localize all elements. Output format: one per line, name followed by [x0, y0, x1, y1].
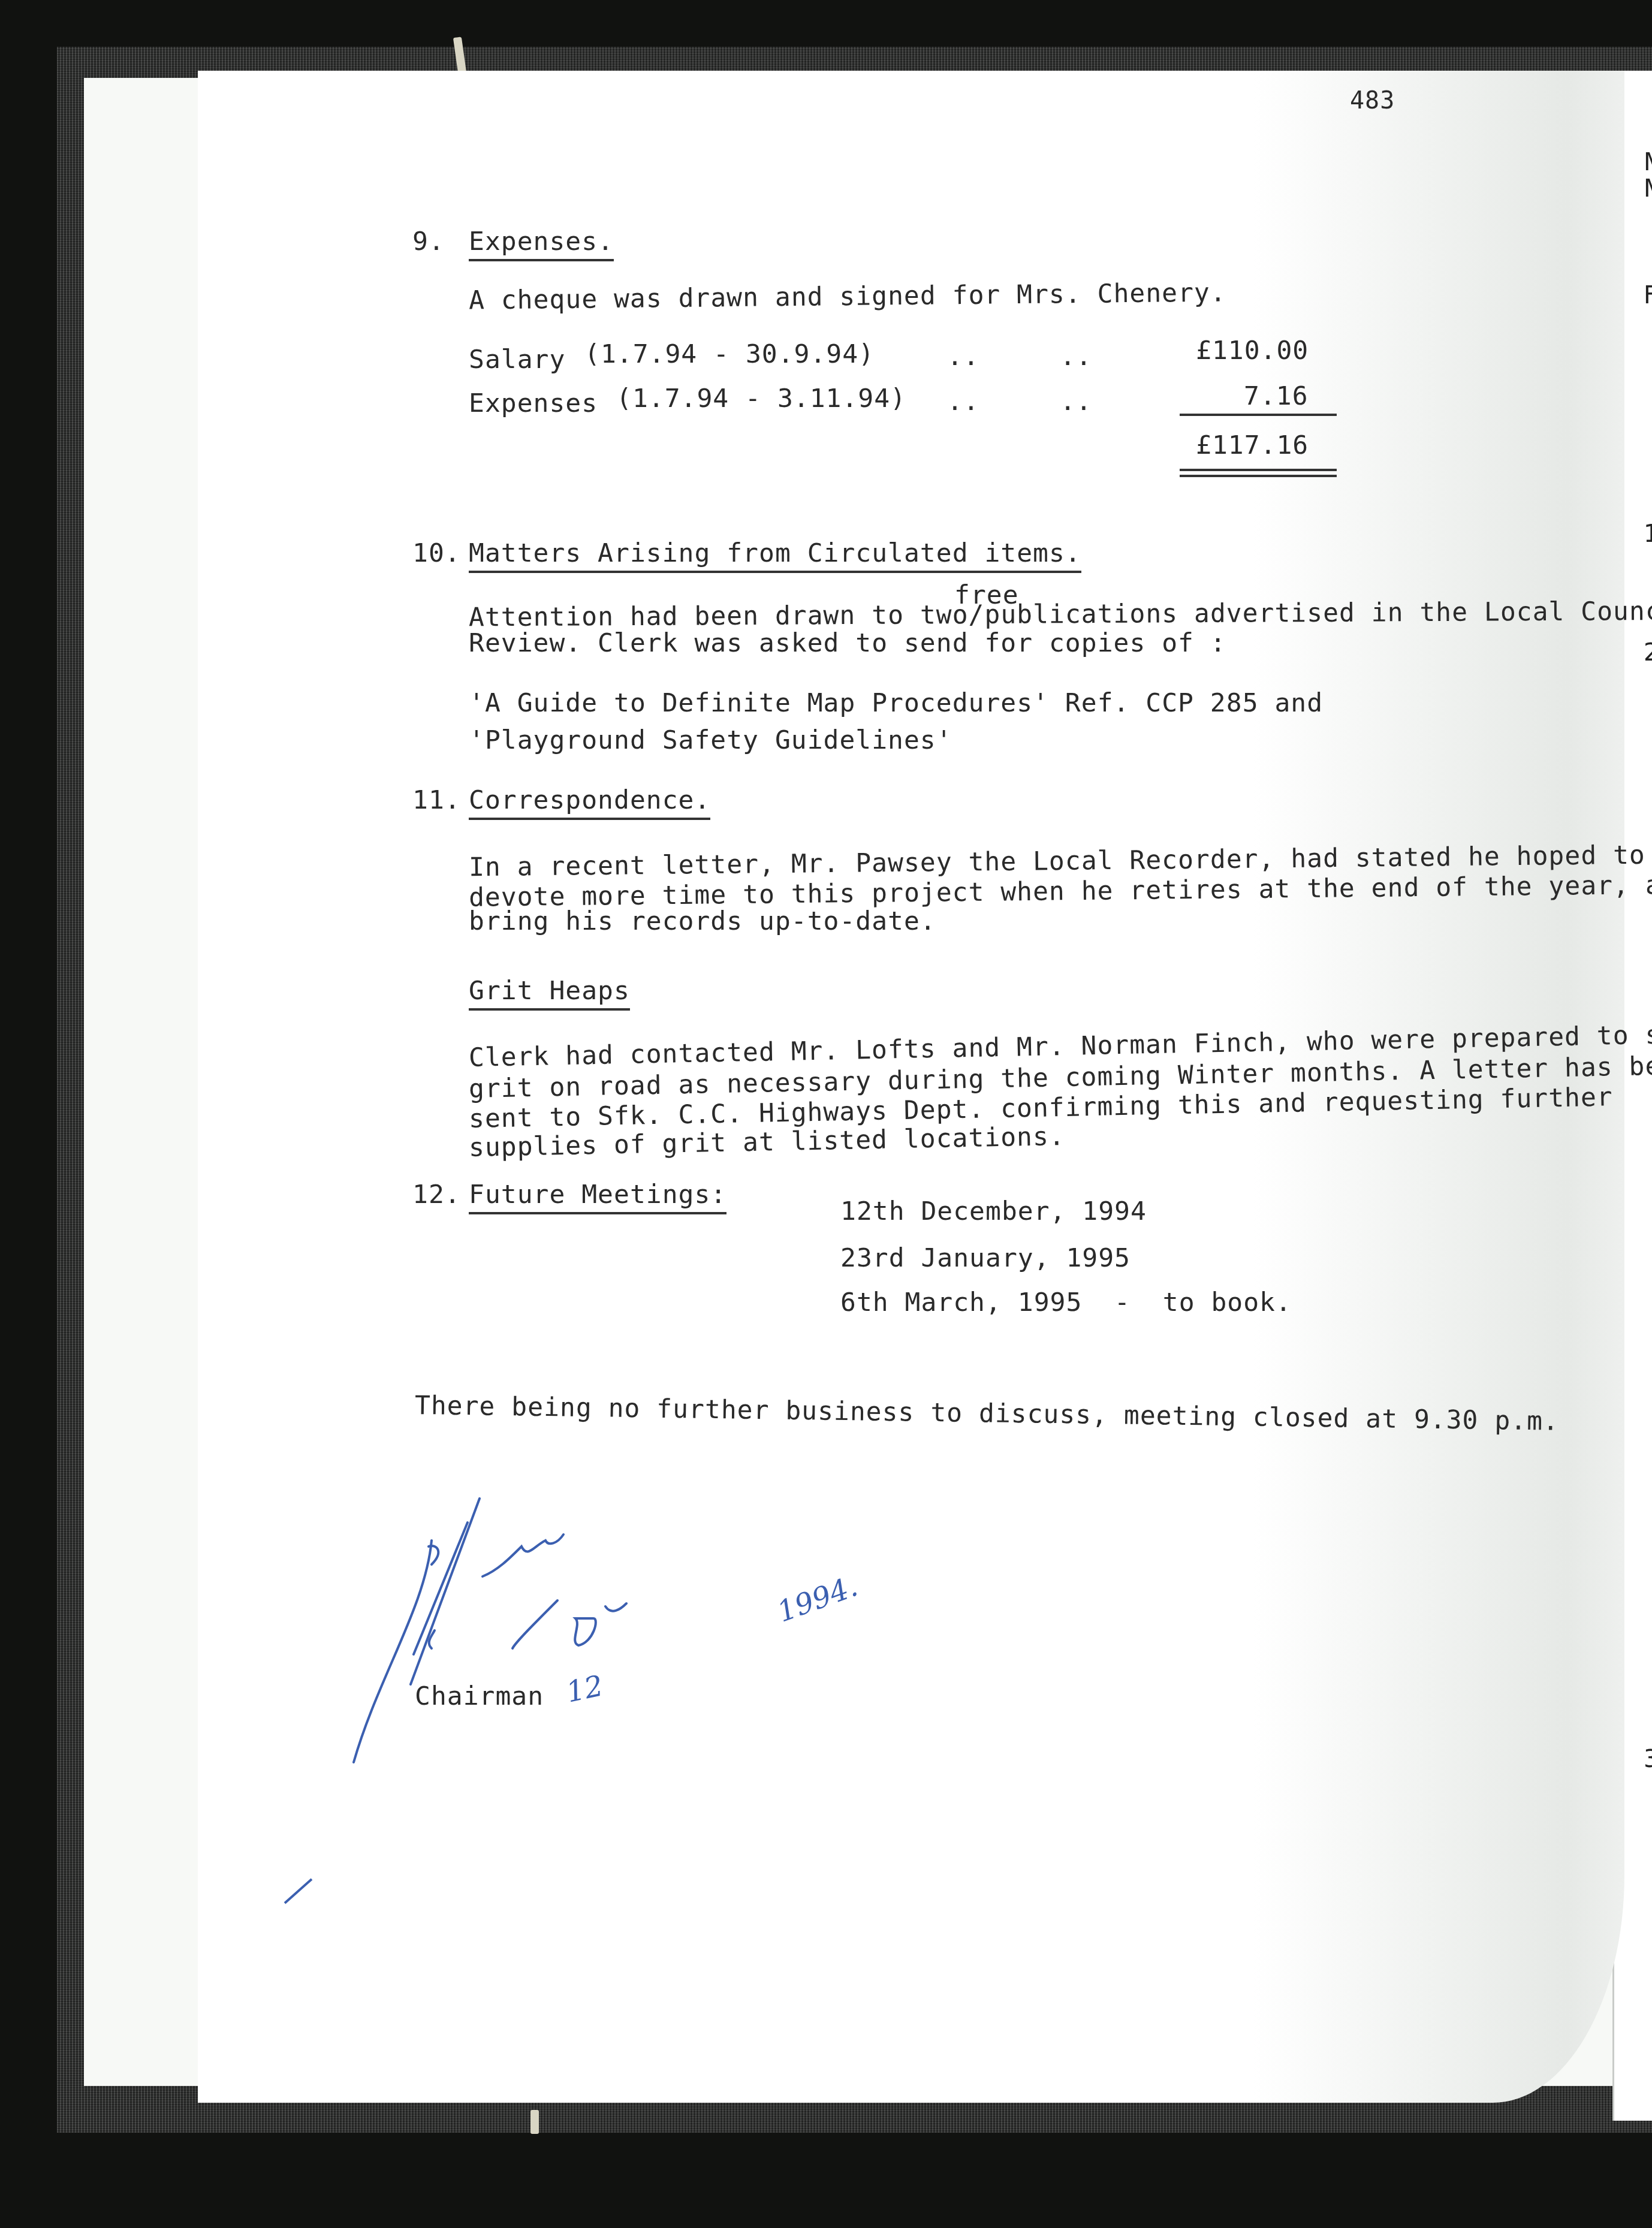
ledger-expenses-period: (1.7.94 - 3.11.94): [616, 384, 906, 414]
section-9-number: 9.: [412, 227, 445, 257]
chairman-label: Chairman: [415, 1681, 544, 1711]
ledger-total: £117.16: [1196, 430, 1309, 460]
grit-heaps-subheading: Grit Heaps: [469, 976, 630, 1011]
next-page-char: 2: [1644, 639, 1652, 667]
next-page-char: M: [1644, 175, 1652, 203]
next-page-char: 1: [1644, 520, 1652, 548]
section-11-number: 11.: [412, 785, 461, 815]
meeting-date: 23rd January, 1995: [840, 1243, 1131, 1273]
section-9-heading: Expenses.: [469, 227, 614, 261]
section-10-body-line-1: Attention had been drawn to two/publicat…: [469, 596, 1652, 633]
next-page-char: F: [1644, 282, 1652, 309]
total-double-rule-2: [1180, 475, 1337, 477]
meeting-date: 6th March, 1995 - to book.: [840, 1288, 1292, 1317]
section-12-number: 12.: [412, 1180, 461, 1210]
ledger-salary-amount: £110.00: [1196, 336, 1309, 366]
subtotal-rule: [1180, 414, 1337, 416]
section-10-heading: Matters Arising from Circulated items.: [469, 538, 1081, 573]
ledger-expenses-label: Expenses: [469, 388, 598, 418]
ink-mark-icon: [282, 1876, 318, 1906]
signature-scrawl-icon: [342, 1487, 881, 1786]
section-10-body-line-2: Review. Clerk was asked to send for copi…: [469, 628, 1226, 658]
section-12-heading: Future Meetings:: [469, 1180, 726, 1214]
ledger-expenses-amount: 7.16: [1244, 381, 1309, 411]
next-page-char: M: [1644, 149, 1652, 176]
total-double-rule-1: [1180, 469, 1337, 471]
section-11-heading: Correspondence.: [469, 785, 710, 820]
ledger-expenses-leaders: .. ..: [947, 387, 1092, 417]
ledger-salary-label: Salary: [469, 345, 565, 375]
ledger-salary-period: (1.7.94 - 30.9.94): [584, 339, 875, 369]
publication-item: 'A Guide to Definite Map Procedures' Ref…: [469, 688, 1323, 718]
meeting-date: 12th December, 1994: [840, 1196, 1147, 1226]
binding-band-bottom: [530, 2110, 539, 2134]
page-number: 483: [1350, 87, 1395, 114]
ledger-salary-leaders: .. ..: [947, 342, 1092, 372]
section-10-number: 10.: [412, 538, 461, 568]
publication-item: 'Playground Safety Guidelines': [469, 725, 952, 755]
next-page-char: 3: [1644, 1745, 1652, 1773]
section-11-body-line-3: bring his records up-to-date.: [469, 906, 936, 936]
